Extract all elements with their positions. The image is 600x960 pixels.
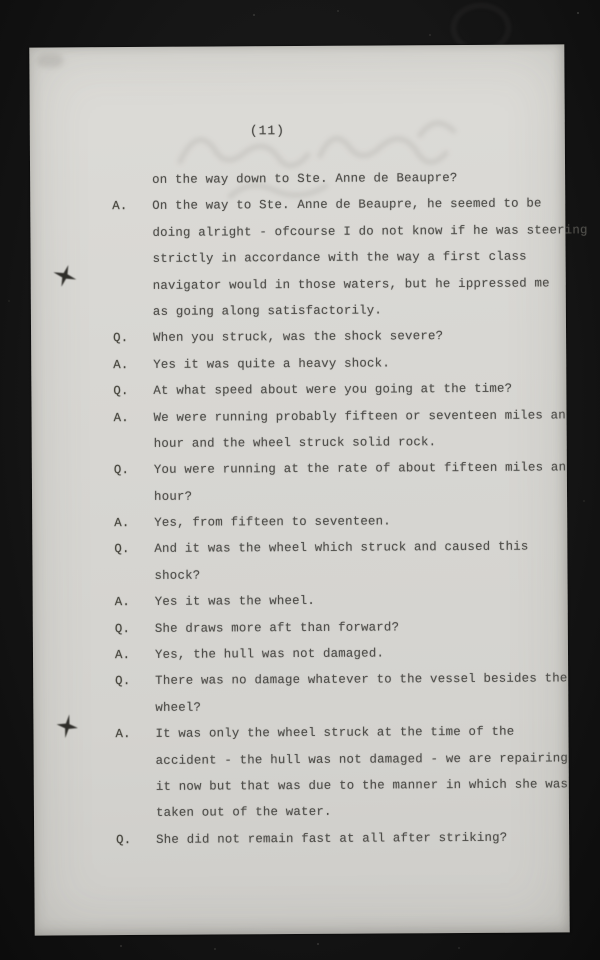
speaker-label: Q. (114, 536, 154, 563)
line-text: hour and the wheel struck solid rock. (154, 435, 437, 451)
scanned-document: (11) on the way down to Ste. Anne de Bea… (0, 0, 600, 960)
line-text: it now but that was due to the manner in… (156, 777, 568, 794)
speaker-label: A. (112, 193, 152, 220)
line-text: It was only the wheel struck at the time… (155, 725, 514, 741)
speaker-label: Q. (113, 325, 153, 352)
transcript-line: Q.She did not remain fast at all after s… (34, 824, 569, 854)
speaker-label: A. (115, 589, 155, 616)
speaker-label: A. (113, 404, 153, 431)
transcript: on the way down to Ste. Anne de Beaupre?… (30, 164, 569, 853)
speaker-label: Q. (115, 668, 155, 695)
line-text: Yes, from fifteen to seventeen. (154, 515, 391, 530)
transcript-line: Q.And it was the wheel which struck and … (32, 534, 567, 564)
line-text: Yes it was quite a heavy shock. (153, 356, 390, 371)
transcript-line: it now but that was due to the manner in… (34, 771, 569, 801)
transcript-line: Q.You were running at the rate of about … (32, 455, 567, 485)
line-text: She did not remain fast at all after str… (156, 831, 507, 847)
transcript-line: A.We were running probably fifteen or se… (31, 402, 566, 432)
line-text: wheel? (155, 700, 201, 714)
line-text: as going along satisfactorily. (153, 303, 382, 318)
document-page: (11) on the way down to Ste. Anne de Bea… (29, 44, 569, 935)
transcript-line: A.It was only the wheel struck at the ti… (33, 719, 568, 749)
transcript-line: hour? (32, 481, 567, 511)
line-text: Yes it was the wheel. (155, 594, 315, 609)
transcript-line: Q.She draws more aft than forward? (33, 613, 568, 643)
speaker-label: Q. (113, 378, 153, 405)
transcript-line: A.Yes it was quite a heavy shock. (31, 349, 566, 379)
transcript-line: accident - the hull was not damaged - we… (34, 745, 569, 775)
page-number: (11) (250, 123, 285, 138)
line-text: navigator would in those waters, but he … (153, 276, 550, 292)
transcript-line: strictly in accordance with the way a fi… (31, 244, 566, 274)
transcript-line: A.Yes it was the wheel. (33, 587, 568, 617)
line-text: taken out of the water. (156, 805, 332, 820)
transcript-line: shock? (32, 560, 567, 590)
line-text: Yes, the hull was not damaged. (155, 647, 384, 662)
line-text: There was no damage whatever to the vess… (155, 672, 567, 689)
transcript-line: taken out of the water. (34, 798, 569, 828)
transcript-line: on the way down to Ste. Anne de Beaupre? (30, 164, 565, 194)
line-text: She draws more aft than forward? (155, 620, 399, 635)
speaker-label: A. (115, 642, 155, 669)
transcript-line: A.Yes, from fifteen to seventeen. (32, 507, 567, 537)
speaker-label: A. (115, 721, 155, 748)
speaker-label: Q. (115, 616, 155, 643)
transcript-line: A.On the way to Ste. Anne de Beaupre, he… (30, 191, 565, 221)
line-text: At what speed about were you going at th… (153, 382, 512, 398)
transcript-line: navigator would in those waters, but he … (31, 270, 566, 300)
line-text: When you struck, was the shock severe? (153, 329, 443, 345)
line-text: on the way down to Ste. Anne de Beaupre? (152, 171, 458, 187)
transcript-line: Q.At what speed about were you going at … (31, 375, 566, 405)
transcript-line: A.Yes, the hull was not damaged. (33, 639, 568, 669)
speaker-label: A. (114, 510, 154, 537)
line-text: shock? (154, 568, 200, 582)
transcript-line: as going along satisfactorily. (31, 296, 566, 326)
line-text: We were running probably fifteen or seve… (154, 408, 566, 425)
transcript-line: Q.When you struck, was the shock severe? (31, 323, 566, 353)
scanner-dust-specks (0, 0, 2, 2)
line-text: accident - the hull was not damaged - we… (156, 751, 568, 768)
transcript-line: hour and the wheel struck solid rock. (32, 428, 567, 458)
line-text: doing alright - ofcourse I do not know i… (152, 223, 587, 240)
speaker-label: Q. (116, 827, 156, 854)
corner-smudge (37, 53, 63, 67)
line-text: And it was the wheel which struck and ca… (154, 540, 528, 556)
transcript-line: doing alright - ofcourse I do not know i… (30, 217, 565, 247)
line-text: You were running at the rate of about fi… (154, 461, 566, 478)
transcript-line: Q.There was no damage whatever to the ve… (33, 666, 568, 696)
speaker-label: A. (113, 352, 153, 379)
speaker-label: Q. (114, 457, 154, 484)
transcript-line: wheel? (33, 692, 568, 722)
line-text: On the way to Ste. Anne de Beaupre, he s… (152, 197, 542, 213)
line-text: strictly in accordance with the way a fi… (153, 250, 527, 266)
line-text: hour? (154, 489, 192, 503)
